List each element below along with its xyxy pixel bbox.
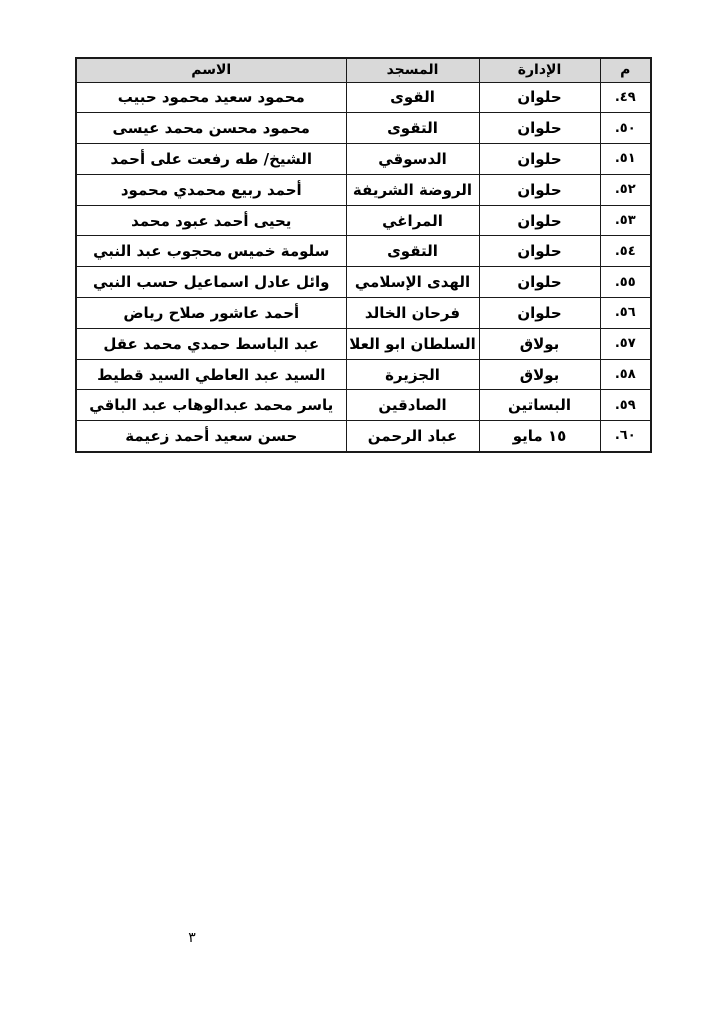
- table-row: ٦٠. ١٥ مايو عباد الرحمن حسن سعيد أحمد زع…: [76, 421, 651, 452]
- cell-number: ٦٠.: [600, 421, 651, 452]
- column-header-administration: الإدارة: [479, 58, 600, 82]
- cell-name: محمود محسن محمد عيسى: [76, 113, 346, 144]
- cell-number: ٥٧.: [600, 328, 651, 359]
- table-row: ٤٩. حلوان القوى محمود سعيد محمود حبيب: [76, 82, 651, 113]
- table-row: ٥٠. حلوان التقوى محمود محسن محمد عيسى: [76, 113, 651, 144]
- cell-name: ياسر محمد عبدالوهاب عبد الباقي: [76, 390, 346, 421]
- cell-mosque: المراغي: [346, 205, 479, 236]
- column-header-number: م: [600, 58, 651, 82]
- cell-mosque: الروضة الشريفة: [346, 174, 479, 205]
- cell-name: وائل عادل اسماعيل حسب النبي: [76, 267, 346, 298]
- page-number: ٣: [172, 930, 212, 946]
- table-row: ٥٨. بولاق الجزيرة السيد عبد العاطي السيد…: [76, 359, 651, 390]
- table-row: ٥٥. حلوان الهدى الإسلامي وائل عادل اسماع…: [76, 267, 651, 298]
- cell-mosque: فرحان الخالد: [346, 298, 479, 329]
- cell-administration: بولاق: [479, 359, 600, 390]
- cell-administration: حلوان: [479, 82, 600, 113]
- table-row: ٥١. حلوان الدسوقي الشيخ/ طه رفعت على أحم…: [76, 144, 651, 175]
- cell-number: ٥٠.: [600, 113, 651, 144]
- cell-number: ٥٥.: [600, 267, 651, 298]
- cell-administration: بولاق: [479, 328, 600, 359]
- cell-administration: حلوان: [479, 267, 600, 298]
- cell-number: ٥٤.: [600, 236, 651, 267]
- cell-name: عبد الباسط حمدي محمد عقل: [76, 328, 346, 359]
- cell-administration: حلوان: [479, 113, 600, 144]
- document-page: م الإدارة المسجد الاسم ٤٩. حلوان القوى م…: [0, 0, 720, 1018]
- cell-name: أحمد ربيع محمدي محمود: [76, 174, 346, 205]
- cell-administration: البساتين: [479, 390, 600, 421]
- table-row: ٥٧. بولاق السلطان ابو العلا عبد الباسط ح…: [76, 328, 651, 359]
- cell-mosque: القوى: [346, 82, 479, 113]
- cell-number: ٤٩.: [600, 82, 651, 113]
- cell-name: السيد عبد العاطي السيد قطيط: [76, 359, 346, 390]
- cell-mosque: التقوى: [346, 113, 479, 144]
- cell-mosque: الهدى الإسلامي: [346, 267, 479, 298]
- cell-mosque: الصادقين: [346, 390, 479, 421]
- table-row: ٥٦. حلوان فرحان الخالد أحمد عاشور صلاح ر…: [76, 298, 651, 329]
- cell-administration: حلوان: [479, 205, 600, 236]
- table-row: ٥٢. حلوان الروضة الشريفة أحمد ربيع محمدي…: [76, 174, 651, 205]
- cell-name: أحمد عاشور صلاح رياض: [76, 298, 346, 329]
- cell-number: ٥٣.: [600, 205, 651, 236]
- cell-mosque: السلطان ابو العلا: [346, 328, 479, 359]
- column-header-mosque: المسجد: [346, 58, 479, 82]
- table-row: ٥٤. حلوان التقوى سلومة خميس محجوب عبد ال…: [76, 236, 651, 267]
- cell-administration: حلوان: [479, 174, 600, 205]
- imam-roster-table: م الإدارة المسجد الاسم ٤٩. حلوان القوى م…: [75, 57, 652, 453]
- cell-name: يحيى أحمد عبود محمد: [76, 205, 346, 236]
- table-row: ٥٣. حلوان المراغي يحيى أحمد عبود محمد: [76, 205, 651, 236]
- cell-name: الشيخ/ طه رفعت على أحمد: [76, 144, 346, 175]
- cell-number: ٥١.: [600, 144, 651, 175]
- cell-administration: ١٥ مايو: [479, 421, 600, 452]
- cell-administration: حلوان: [479, 298, 600, 329]
- column-header-name: الاسم: [76, 58, 346, 82]
- table-header-row: م الإدارة المسجد الاسم: [76, 58, 651, 82]
- cell-administration: حلوان: [479, 144, 600, 175]
- cell-number: ٥٦.: [600, 298, 651, 329]
- cell-number: ٥٢.: [600, 174, 651, 205]
- cell-mosque: الدسوقي: [346, 144, 479, 175]
- cell-name: حسن سعيد أحمد زعيمة: [76, 421, 346, 452]
- cell-administration: حلوان: [479, 236, 600, 267]
- cell-mosque: عباد الرحمن: [346, 421, 479, 452]
- cell-mosque: التقوى: [346, 236, 479, 267]
- table-row: ٥٩. البساتين الصادقين ياسر محمد عبدالوها…: [76, 390, 651, 421]
- cell-name: سلومة خميس محجوب عبد النبي: [76, 236, 346, 267]
- cell-mosque: الجزيرة: [346, 359, 479, 390]
- cell-number: ٥٨.: [600, 359, 651, 390]
- imam-roster-table-container: م الإدارة المسجد الاسم ٤٩. حلوان القوى م…: [77, 57, 652, 453]
- cell-number: ٥٩.: [600, 390, 651, 421]
- cell-name: محمود سعيد محمود حبيب: [76, 82, 346, 113]
